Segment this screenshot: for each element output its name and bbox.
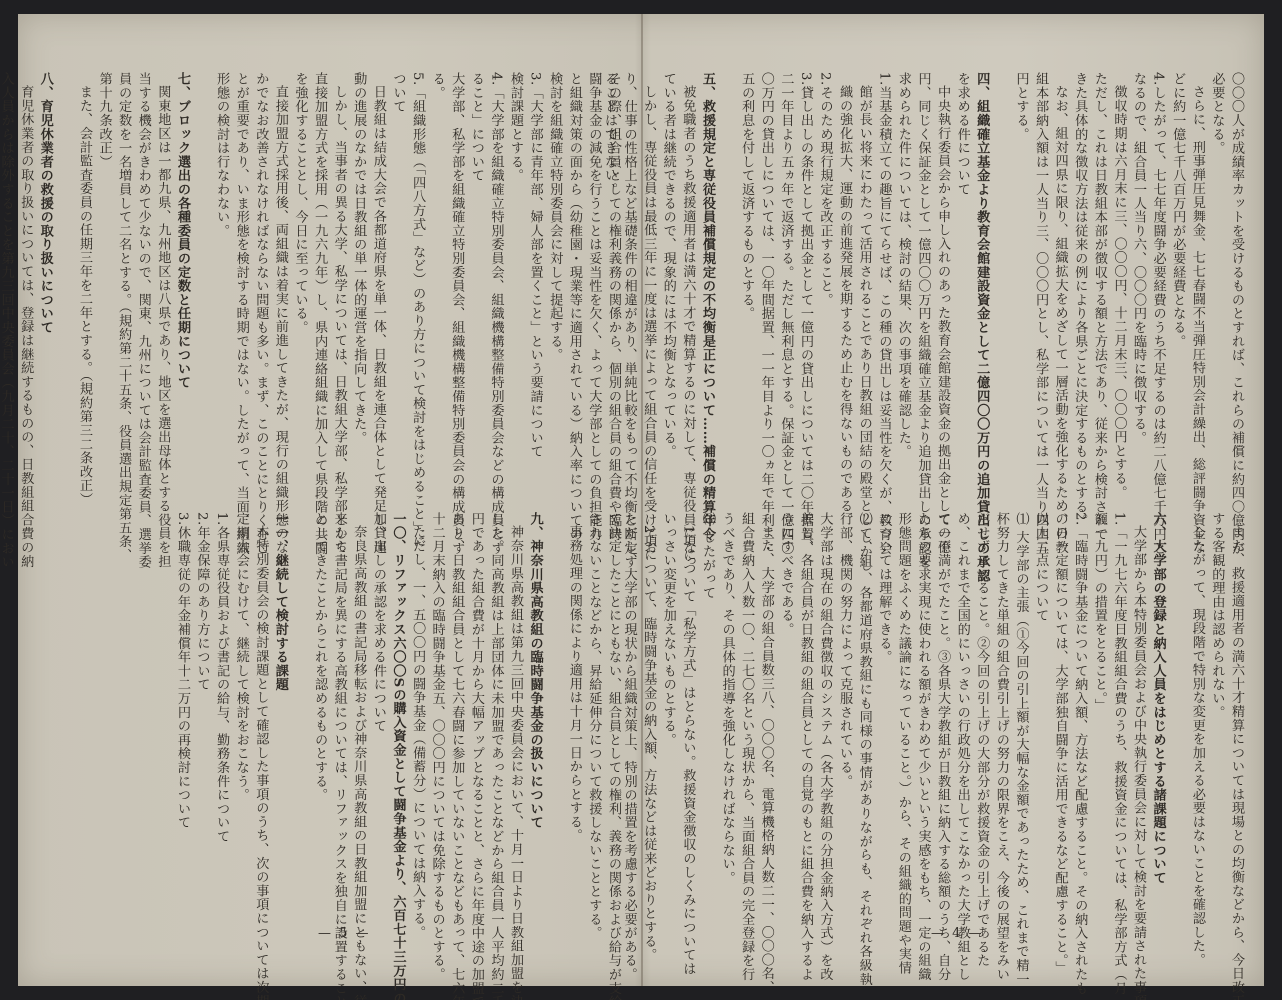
text-line: 加貸出しの承認を求める件について [368, 512, 388, 922]
text-line: 検討課題とする。 [505, 72, 525, 472]
text-line: かでなお改善されなければならない問題も多い。まず、このことにとりくむこ [251, 72, 271, 472]
text-line: 形態の検討は行なわない。 [212, 72, 232, 472]
booklet-spread: 〇〇〇人が成績率カットを受けるものとすれば、これらの補償に約四〇億円が必要となる… [18, 14, 1264, 986]
text-line: 4.「大学部を組織確立特別委員会、組織機構整備特別委員会などの構成員とす [486, 72, 506, 472]
text-line: 本特別委員会の検討課題として確認した事項のうち、次の事項については次期 [251, 512, 271, 922]
text-line: 2.「臨時闘争基金について納入額、方法など配慮すること。その納入されたも [1070, 512, 1090, 932]
text-line: したがって、現段階で特別な変更を加える必要はないことを確認した。 [1187, 512, 1207, 932]
blank-line [192, 72, 212, 472]
text-line: 検討を組織確立特別委員会に対して提起する。 [545, 72, 565, 472]
text-line: 組合費納入人数一〇、二七〇名という現状から、当面組合員の完全登録を行 [737, 512, 757, 932]
text-line: 1項について「私学方式」はとらない。救援資金徴収のしくみについては [678, 512, 698, 932]
text-line: その際、組合員としての権利義務の関係から、個別の組合員の組合費や臨時 [603, 72, 623, 472]
text-line: 四、組織確立基金より教育会館建設資金として二億四〇〇万円の追加貸出しの承認 [972, 72, 992, 467]
text-line: と組織対策の面から（幼稚園・現業等に適用されている）納入率についての [564, 72, 584, 472]
blank-line [290, 512, 310, 922]
page-number-5: — 5 — [318, 926, 371, 941]
text-line: 九、神奈川県高教組の臨時闘争基金の扱いについて [525, 512, 545, 922]
text-line: 中央執行委員会から申し入れのあった教育会館建設資金の拠出金として一億 [933, 72, 953, 467]
text-line: 七、ブロック選出の各種委員の定数と任期について [172, 72, 192, 472]
text-line: しかし、専従役員は最低三年に一度は選挙によって組合員の信任を受けてお [639, 72, 659, 467]
text-line: 円とする。 [1011, 72, 1031, 467]
text-line: 織の強化拡大、運動の前進発展を期するため止むを得ないものである。 [835, 72, 855, 467]
text-line: 直接加盟方式を採用（一九六九年）し、県内連絡組織に加入して県段階の共闘 [310, 72, 330, 472]
text-line: 2項について、臨時闘争基金の納入額、方法などは従来どおりとする。 [639, 512, 659, 932]
text-line: 一〇、リファックス六〇〇Sの購入資金として闘争基金より、六百七十三万円の追 [388, 512, 408, 922]
text-line: め、これまで全国的にいっさいの行政処分を出してこなかった大学教組とし [952, 512, 972, 932]
text-line: だせずにいること。②今回の引上げの大部分が救援資金の引上げであるた [972, 512, 992, 932]
text-line: 被免職者のうち救援適用者は満六十才で精算するのに対して、専従役員になっ [678, 72, 698, 467]
text-line: る。 [427, 72, 447, 472]
text-line: また、会計監査委員の任期三年を二年とする。（規約第三二条改正） [74, 72, 94, 472]
text-line: 大学部、私学部を組織確立特別委員会、組織機構整備特別委員会の構成員とす [447, 72, 467, 472]
text-line: 1.「一九七六年度日教組組合費のうち、救援資金については、私学部方式（月 [1109, 512, 1129, 932]
text-line: さらに、刑事弾圧見舞金、七七春闘不当弾圧特別会計繰出、総評闘争資金な [1187, 72, 1207, 467]
text-line: 来から書記局を異にする高教組については、リファックスを独自に設置すること [329, 512, 349, 922]
text-line: しかし、当事者の異る大学、私学については、日教組大学部、私学部として [329, 72, 349, 472]
blank-line [991, 72, 1011, 467]
page-4-upper-text: 〇〇〇人が成績率カットを受けるものとすれば、これらの補償に約四〇億円が必要となる… [599, 72, 1246, 467]
text-line: 員の定数を一名増員して二名とする。（規約第二十五条、役員選出規定第五条、 [114, 72, 134, 472]
blank-line [717, 72, 737, 467]
text-line: きた具体的な徴収方法は従来の例により各県ごとに決定するものとする。 [1070, 72, 1090, 467]
text-line: 一一、継続して検討する課題 [270, 512, 290, 922]
text-line: 2.年金保障のあり方について [192, 512, 212, 922]
text-line: については理解できる。 [874, 512, 894, 932]
page-5-upper-text: その際、組合員としての権利義務の関係から、個別の組合員の組合費や臨時闘争基金の減… [0, 72, 623, 472]
text-line: うにすべきである。 [776, 512, 796, 932]
text-line: 五の利息を付して返済するものとする。 [737, 72, 757, 467]
text-line: 当する機会がきわめて少ないので、関東、九州については会計監査委員、選挙委 [133, 72, 153, 472]
text-line: されないことなどから、昇給延伸分について救援しないこととする。 [584, 512, 604, 922]
text-line: ただし、これは日教組本部が徴収する額と方法であり、従来から検討されて [1089, 72, 1109, 467]
text-line: 育児休業者の取り扱いについては、登録は継続するものの、日教組組合費の納 [16, 72, 36, 472]
page-4-lower-text: また、救援適用者の満六十才精算については現場との均衡などから、今日改正する客観的… [619, 512, 1246, 932]
text-line: 2.そのため現行規定を改正すること。 [815, 72, 835, 467]
text-line: また、救援適用者の満六十才精算については現場との均衡などから、今日改正 [1226, 512, 1246, 932]
text-line: 円であった組合費が十月から大幅アップとなることと、さらに年度中途の加盟で [466, 512, 486, 922]
text-line: 事務処理の関係により適用は十月一日からとする。 [564, 512, 584, 922]
text-line: 大学部は現在の組合費徴収のシステム（各大学教組の分担金納入方式）を改 [815, 512, 835, 932]
text-line: 動の進展のなかでは日教組の単一体的運営を指向してきた。 [349, 72, 369, 472]
page-5: その際、組合員としての権利義務の関係から、個別の組合員の組合費や臨時闘争基金の減… [18, 14, 641, 986]
text-line: どに約一億七千八百万円が必要経費となる。 [1168, 72, 1188, 467]
text-line: 奈良県高教組の書記局移転および神奈川県高教組の日教組加盟にともない、従 [349, 512, 369, 922]
text-line: 入人員からは除外することを第九三回中央委員会（九月二十、二十一日）におい [0, 72, 16, 472]
text-line: を強化することとし、今日に至っている。 [290, 72, 310, 472]
text-line: 日教組は結成大会で各都道府県を単一体、日教組を連合体として発足し、運 [368, 72, 388, 472]
text-line: ⑴ 大学部の主張（①今回の引上額が大幅な金額であったため、これまで精一 [1011, 512, 1031, 932]
text-line: いっさい変更を加えないものとする。 [658, 512, 678, 932]
text-line: ている者は継続できるので、現象的には不均衡となっている。 [658, 72, 678, 467]
text-line: としてきたことからこれを認めるものとする。 [310, 512, 330, 922]
page-5-lower-text: て決定したことにともない、組合員としての権利、義務の関係および給与が支給されない… [172, 512, 623, 922]
text-line: 行部、機関の努力によって克服されている。 [835, 512, 855, 932]
blank-line [1168, 512, 1188, 932]
text-line: たちの要求実現に使われる額がきわめて少いという実感をもち、一定の組織 [913, 512, 933, 932]
text-line: 第十九条改正） [94, 72, 114, 472]
text-line: 5.「組織形態（「四八方式」など）のあり方について検討をはじめること」に [407, 72, 427, 472]
text-line: 3.休職専従の年金補償年十二万円の再検討について [172, 512, 192, 922]
text-line: 大学部から本特別委員会および中央執行委員会に対して検討を要請された事項 [1128, 512, 1148, 932]
text-line: 六、大学部の登録と納入人員をはじめとする諸課題について [1148, 512, 1168, 932]
text-line: する客観的理由は認められない。 [1207, 512, 1227, 932]
text-line: あり、日教組組合員として七六春闘に参加していないことなどもあって、七六年 [447, 512, 467, 922]
text-line: のの一定額については、大学部独自闘争に活用できるなど配慮すること。」 [1050, 512, 1070, 932]
text-line: ること」について [466, 72, 486, 472]
text-line: 以上二点について [1030, 512, 1050, 932]
text-line: 十二月末納入の臨時闘争基金五、〇〇〇円については免除するものとする。 [427, 512, 447, 922]
text-line: 館が長い将来にわたって活用されることであり日教組の団結の殿堂として、組 [854, 72, 874, 467]
text-line: 定期大会にむけて、継続して検討をおこなう。 [231, 512, 251, 922]
text-line: ⑵ しかし、各都道府県教組にも同様の事情がありながらも、それぞれ各級執 [854, 512, 874, 932]
text-line: 徴収時期は六月末に三、〇〇〇円、十二月末三、〇〇〇円とする。 [1109, 72, 1129, 467]
text-line: ての不満がでたこと。③各県大学教組が日教組に納入する総額のうち、自分 [933, 512, 953, 932]
text-line: 杯努力してきた単組の組合費引上げの努力の限界をこえ、今後の展望をみい [991, 512, 1011, 932]
text-line: 〇〇〇人が成績率カットを受けるものとすれば、これらの補償に約四〇億円が [1226, 72, 1246, 467]
blank-line [545, 512, 565, 922]
text-line: 闘争基金の減免を行うことは妥当性を欠く、よって大学部としての負担能力 [584, 72, 604, 472]
text-line: 額一九円）の措置をとること。」 [1089, 512, 1109, 932]
page-number-4: — 4 — [931, 926, 984, 941]
text-line: なるので、組合員一人当り六、〇〇〇円を臨時に徴収する。 [1128, 72, 1148, 467]
text-line: を求める件について [952, 72, 972, 467]
text-line: ただし、一、五〇〇円の闘争基金（備蓄分）については納入する。 [407, 512, 427, 922]
text-line: した。同高教組は上部団体に未加盟であったことなどから組合員一人平均約二千 [486, 512, 506, 922]
text-line: 関東地区は一都九県、九州地区は八県であり、地区を選出母体とする役員を担 [153, 72, 173, 472]
text-line: 1.各県専従役員および書記の給与、勤務条件について [212, 512, 232, 922]
page-4: 〇〇〇人が成績率カットを受けるものとすれば、これらの補償に約四〇億円が必要となる… [643, 14, 1264, 986]
text-line: また、大学部の組合員数三八、〇〇〇名、電算機格納人数二一、〇〇〇名、 [756, 512, 776, 932]
text-line: 五、救援規定と専従役員補償規定の不均衡是正について……補償の精算年令 [697, 72, 717, 467]
text-line: 善し、各組合員が日教組の組合員としての自覚のもとに組合費を納入するよ [795, 512, 815, 932]
text-line: 円、同じく保証金として一億四〇〇万円を組織確立基金より追加貸出しの承認を [913, 72, 933, 467]
text-line: 神奈川県高教組は第九三回中央委員会において、十月一日より日教組加盟を決定 [505, 512, 525, 922]
text-line: ⑶ したがって [697, 512, 717, 932]
text-line: 八、育児休業者の救援の取り扱いについて [35, 72, 55, 472]
text-line: 求められた件については、検討の結果、次の事項を確認した。 [893, 72, 913, 467]
text-line: て決定したことにともない、組合員としての権利、義務の関係および給与が支給 [603, 512, 623, 922]
text-line: 組本部納入額は一人当り三、〇〇〇円とし、私学部については一人当り四四五 [1030, 72, 1050, 467]
text-line: 3.「大学部に青年部、婦人部を置くこと」という要請について [525, 72, 545, 472]
text-line: 〇万円の貸出しについては、一〇年間据置、一一年目より一〇ヵ年で年利二・ [756, 72, 776, 467]
text-line: とが重要であり、いま形態を検討する時期ではない。したがって、当面、組織 [231, 72, 251, 472]
text-line: 必要となる。 [1207, 72, 1227, 467]
text-line: 4.したがって、七七年度闘争必要経費のうち不足するのは約二八億七千万円と [1148, 72, 1168, 467]
text-line: なお、組対四県に限り、組織拡大をめざして一層活動を強化するため、日教 [1050, 72, 1070, 467]
blank-line [55, 72, 75, 472]
text-line: 直接加盟方式採用後、両組織は着実に前進してきたが、現行の組織形態のな [270, 72, 290, 472]
text-line: 二一年目より五ヵ年で返済する。ただし無利息とする。保証金として一億四〇 [776, 72, 796, 467]
text-line: ついて [388, 72, 408, 472]
text-line: うべきであり、その具体的指導を強化しなければならない。 [717, 512, 737, 932]
text-line: 1.当基金積立ての趣旨にてらせば、この種の貸出しは妥当性を欠くが、教育会 [874, 72, 894, 467]
text-line: 形態問題をふくめた議論になっていること。）から、その組織的問題や実情 [893, 512, 913, 932]
text-line: 3.貸し出しの条件として拠出金として一億円の貸出しについては二〇年据置、 [795, 72, 815, 467]
